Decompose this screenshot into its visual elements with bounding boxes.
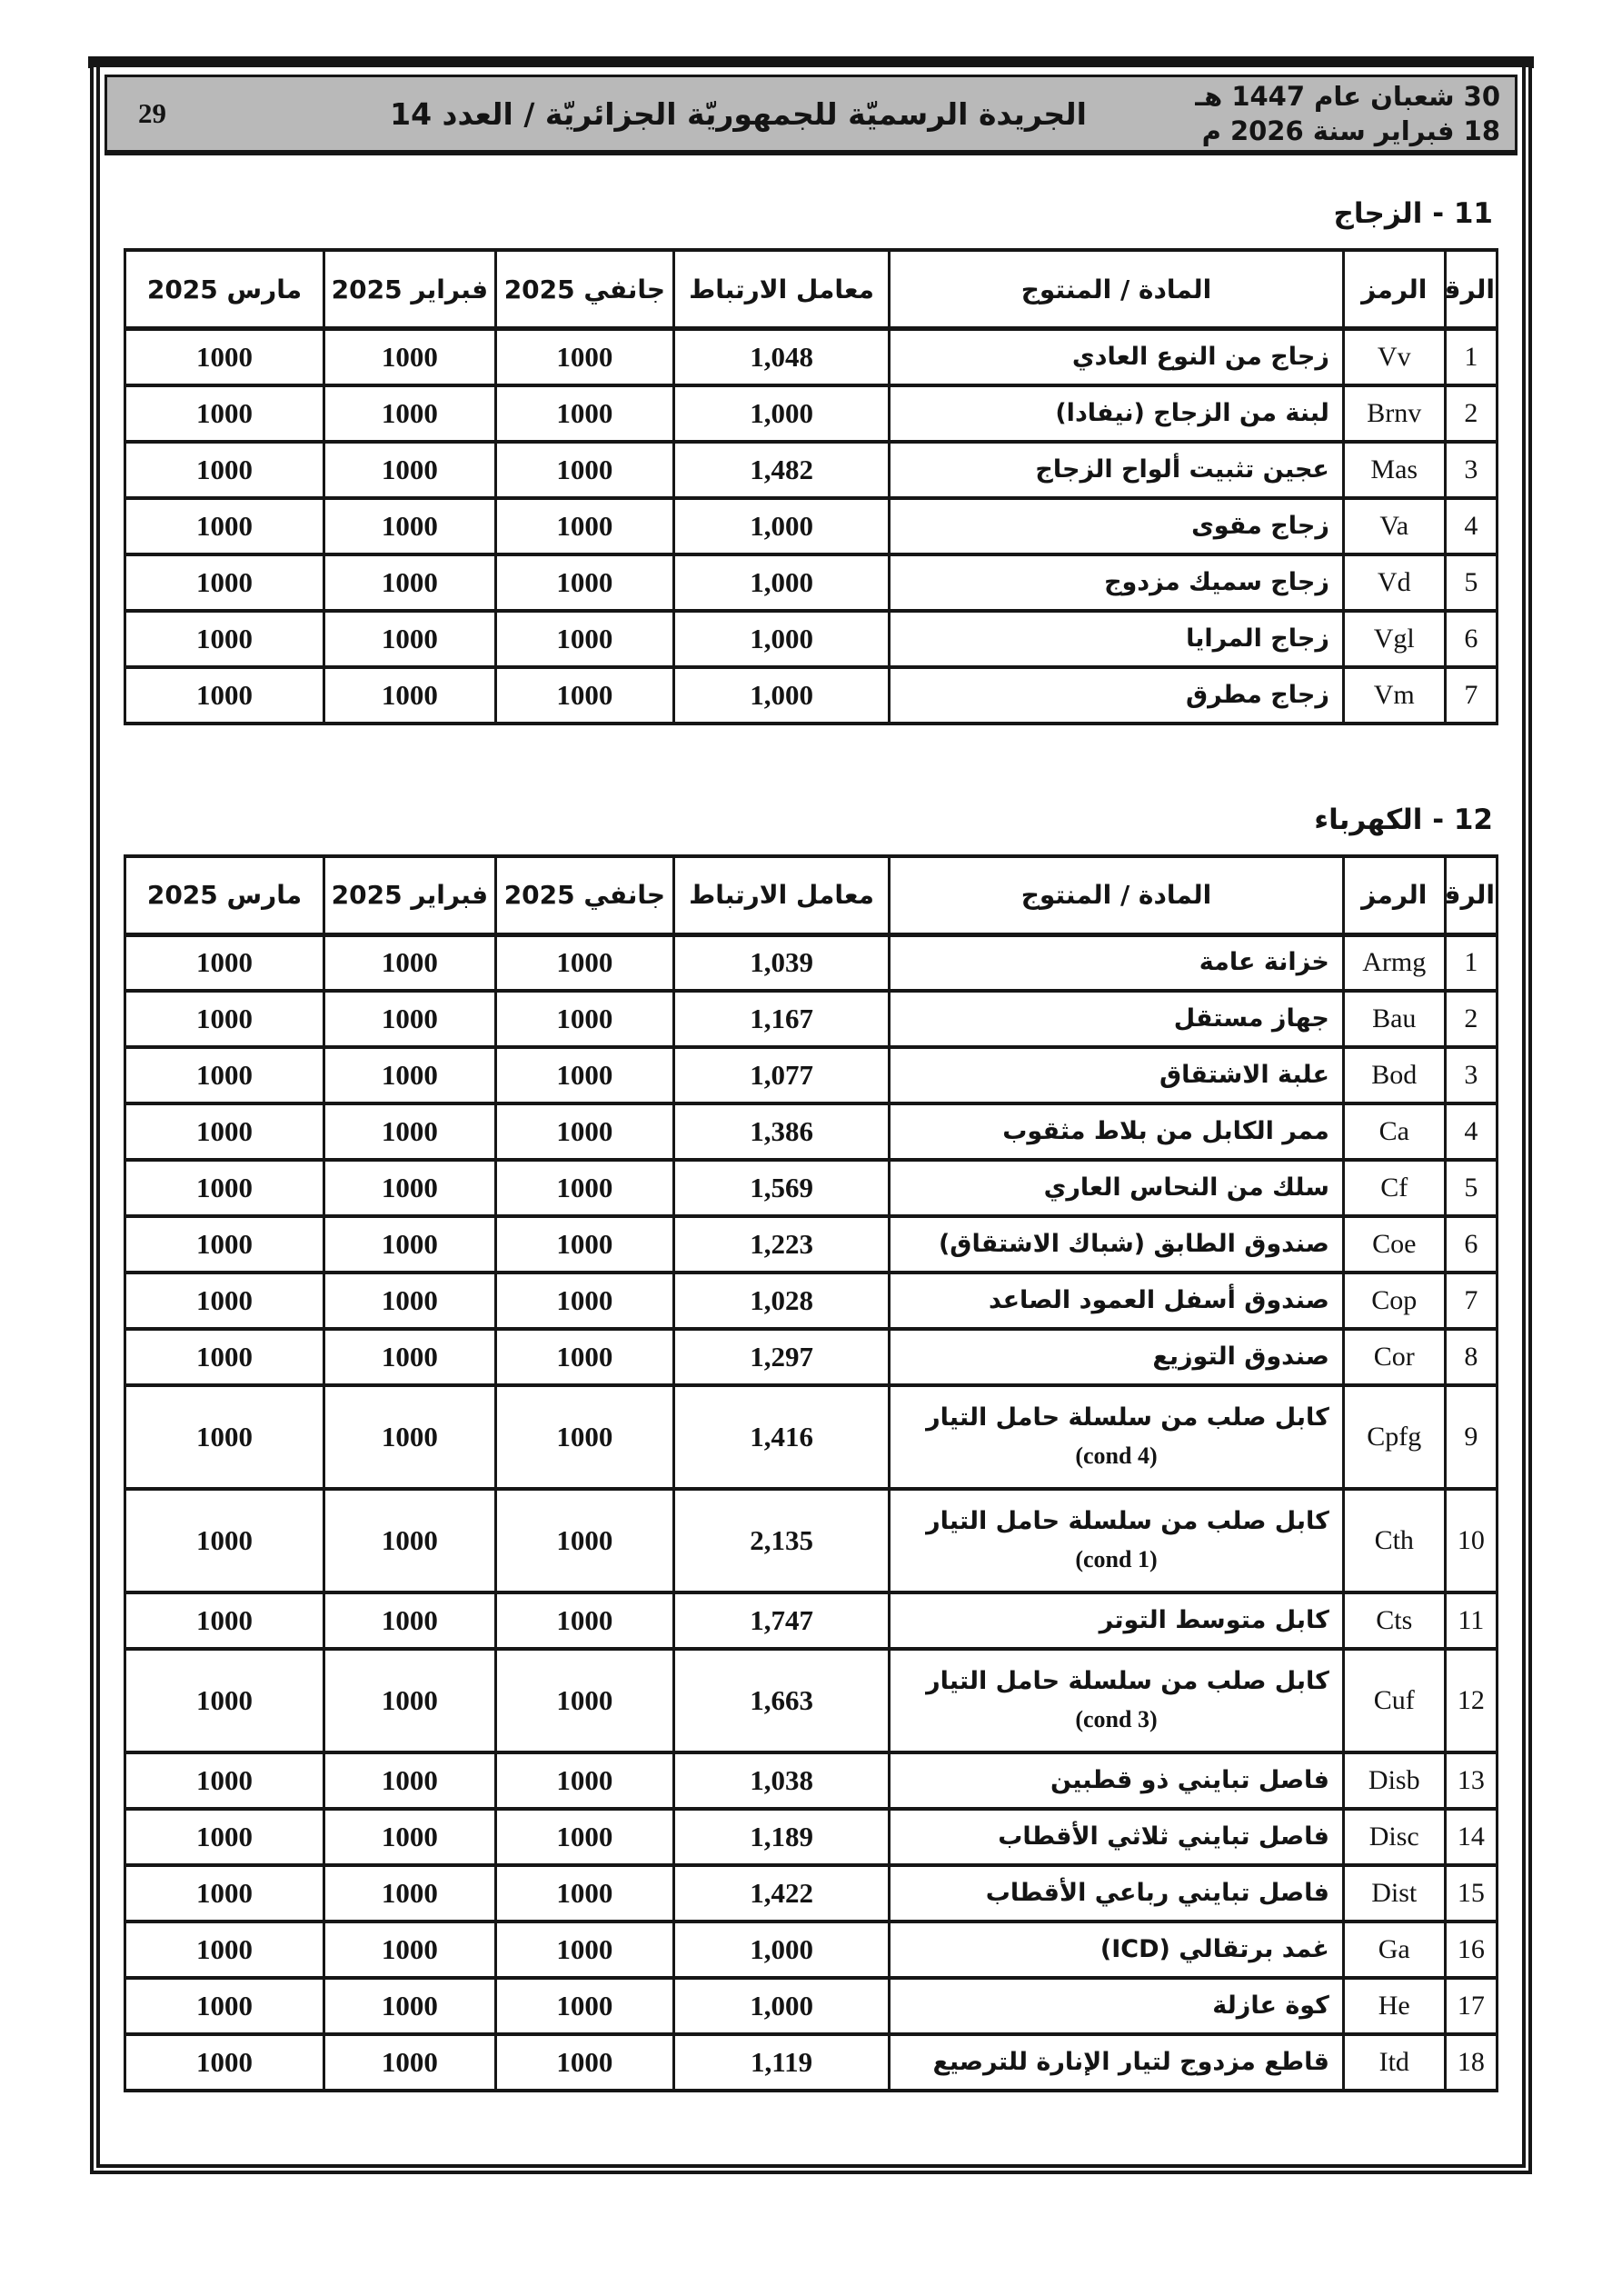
column-header-coefficient: معامل الارتباط (674, 856, 890, 935)
march-value-cell: 1000 (125, 554, 324, 611)
code-cell: Cts (1343, 1592, 1445, 1649)
hijri-date: 30 شعبان عام 1447 هـ (1166, 79, 1500, 114)
product-cell: صندوق الطابق (شباك الاشتقاق) (890, 1216, 1344, 1273)
code-cell: Dist (1343, 1865, 1445, 1922)
table-row: 16Gaغمد برتقالي (ICD)1,000100010001000 (125, 1922, 1498, 1978)
coefficient-cell: 1,048 (674, 329, 890, 385)
product-label: كابل متوسط التوتر (1100, 1606, 1329, 1634)
row-number-cell: 15 (1445, 1865, 1497, 1922)
product-label: علبة الاشتقاق (1159, 1061, 1329, 1089)
product-cell: غمد برتقالي (ICD) (890, 1922, 1344, 1978)
february-value-cell: 1000 (323, 1809, 495, 1865)
february-value-cell: 1000 (323, 1047, 495, 1103)
row-number-cell: 1 (1445, 329, 1497, 385)
row-number-cell: 13 (1445, 1752, 1497, 1809)
row-number-cell: 7 (1445, 1273, 1497, 1329)
column-header-number: الرقم (1445, 856, 1497, 935)
glass-table: الرقم الرمز المادة / المنتوج معامل الارت… (124, 248, 1498, 725)
product-label: كابل صلب من سلسلة حامل التيار (926, 1403, 1329, 1432)
code-cell: Vv (1343, 329, 1445, 385)
product-label: لبنة من الزجاج (نيفادا) (1055, 399, 1329, 427)
electricity-table-header: الرقم الرمز المادة / المنتوج معامل الارت… (125, 856, 1498, 935)
row-number-cell: 5 (1445, 554, 1497, 611)
march-value-cell: 1000 (125, 611, 324, 667)
code-cell: Ca (1343, 1103, 1445, 1160)
page-content: 11 - الزجاج الرقم الرمز المادة / المنتوج… (100, 197, 1522, 2092)
table-row: 5Cfسلك من النحاس العاري1,569100010001000 (125, 1160, 1498, 1216)
product-cell: كابل متوسط التوتر (890, 1592, 1344, 1649)
january-value-cell: 1000 (495, 498, 673, 554)
february-value-cell: 1000 (323, 1273, 495, 1329)
january-value-cell: 1000 (495, 442, 673, 498)
table-row: 5Vdزجاج سميك مزدوج1,000100010001000 (125, 554, 1498, 611)
march-value-cell: 1000 (125, 1385, 324, 1489)
march-value-cell: 1000 (125, 1922, 324, 1978)
january-value-cell: 1000 (495, 1160, 673, 1216)
product-cell: علبة الاشتقاق (890, 1047, 1344, 1103)
february-value-cell: 1000 (323, 1385, 495, 1489)
coefficient-cell: 1,039 (674, 934, 890, 991)
column-header-number: الرقم (1445, 250, 1497, 329)
coefficient-cell: 1,663 (674, 1649, 890, 1752)
product-cell: فاصل تبايني ثلاثي الأقطاب (890, 1809, 1344, 1865)
product-label: كابل صلب من سلسلة حامل التيار (926, 1667, 1329, 1695)
row-number-cell: 6 (1445, 1216, 1497, 1273)
march-value-cell: 1000 (125, 2034, 324, 2091)
product-note: (cond 3) (903, 1702, 1329, 1738)
glass-table-body: 1Vvزجاج من النوع العادي1,048100010001000… (125, 329, 1498, 724)
coefficient-cell: 1,028 (674, 1273, 890, 1329)
table-row: 2Brnvلبنة من الزجاج (نيفادا)1,0001000100… (125, 385, 1498, 442)
product-label: صندوق التوزيع (1152, 1343, 1329, 1371)
march-value-cell: 1000 (125, 667, 324, 724)
product-note: (cond 4) (903, 1438, 1329, 1474)
february-value-cell: 1000 (323, 1592, 495, 1649)
table-row: 18Itdقاطع مزدوج لتيار الإنارة للترصيع1,1… (125, 2034, 1498, 2091)
table-row: 1Vvزجاج من النوع العادي1,048100010001000 (125, 329, 1498, 385)
march-value-cell: 1000 (125, 1752, 324, 1809)
coefficient-cell: 1,386 (674, 1103, 890, 1160)
january-value-cell: 1000 (495, 1865, 673, 1922)
product-label: سلك من النحاس العاري (1044, 1173, 1329, 1202)
table-row: 10Cthكابل صلب من سلسلة حامل التيار(cond … (125, 1489, 1498, 1592)
coefficient-cell: 1,223 (674, 1216, 890, 1273)
february-value-cell: 1000 (323, 1103, 495, 1160)
row-number-cell: 2 (1445, 991, 1497, 1047)
february-value-cell: 1000 (323, 329, 495, 385)
row-number-cell: 5 (1445, 1160, 1497, 1216)
table-row: 15Distفاصل تبايني رباعي الأقطاب1,4221000… (125, 1865, 1498, 1922)
march-value-cell: 1000 (125, 329, 324, 385)
table-row: 3Masعجين تثبيت ألواح الزجاج1,48210001000… (125, 442, 1498, 498)
january-value-cell: 1000 (495, 1809, 673, 1865)
product-label: زجاج سميك مزدوج (1104, 568, 1329, 596)
january-value-cell: 1000 (495, 1978, 673, 2034)
coefficient-cell: 1,416 (674, 1385, 890, 1489)
march-value-cell: 1000 (125, 1592, 324, 1649)
coefficient-cell: 1,569 (674, 1160, 890, 1216)
table-row: 9Cpfgكابل صلب من سلسلة حامل التيار(cond … (125, 1385, 1498, 1489)
code-cell: Bau (1343, 991, 1445, 1047)
column-header-product: المادة / المنتوج (890, 856, 1344, 935)
row-number-cell: 10 (1445, 1489, 1497, 1592)
product-label: قاطع مزدوج لتيار الإنارة للترصيع (932, 2048, 1328, 2076)
row-number-cell: 8 (1445, 1329, 1497, 1385)
code-cell: He (1343, 1978, 1445, 2034)
table-row: 11Ctsكابل متوسط التوتر1,747100010001000 (125, 1592, 1498, 1649)
code-cell: Mas (1343, 442, 1445, 498)
table-row: 13Disbفاصل تبايني ذو قطبين1,038100010001… (125, 1752, 1498, 1809)
product-cell: لبنة من الزجاج (نيفادا) (890, 385, 1344, 442)
product-cell: كابل صلب من سلسلة حامل التيار(cond 4) (890, 1385, 1344, 1489)
product-cell: كوة عازلة (890, 1978, 1344, 2034)
march-value-cell: 1000 (125, 385, 324, 442)
code-cell: Cth (1343, 1489, 1445, 1592)
product-label: زجاج مطرق (1186, 681, 1329, 709)
coefficient-cell: 1,000 (674, 385, 890, 442)
row-number-cell: 2 (1445, 385, 1497, 442)
code-cell: Cop (1343, 1273, 1445, 1329)
row-number-cell: 14 (1445, 1809, 1497, 1865)
table-row: 4Vaزجاج مقوى1,000100010001000 (125, 498, 1498, 554)
march-value-cell: 1000 (125, 498, 324, 554)
product-cell: صندوق التوزيع (890, 1329, 1344, 1385)
february-value-cell: 1000 (323, 1922, 495, 1978)
january-value-cell: 1000 (495, 991, 673, 1047)
code-cell: Cor (1343, 1329, 1445, 1385)
product-cell: خزانة عامة (890, 934, 1344, 991)
february-value-cell: 1000 (323, 667, 495, 724)
coefficient-cell: 1,000 (674, 667, 890, 724)
column-header-january: جانفي 2025 (495, 856, 673, 935)
product-label: فاصل تبايني ثلاثي الأقطاب (998, 1822, 1329, 1851)
february-value-cell: 1000 (323, 1216, 495, 1273)
column-header-february: فبراير 2025 (323, 250, 495, 329)
january-value-cell: 1000 (495, 934, 673, 991)
product-cell: فاصل تبايني ذو قطبين (890, 1752, 1344, 1809)
product-cell: جهاز مستقل (890, 991, 1344, 1047)
february-value-cell: 1000 (323, 442, 495, 498)
row-number-cell: 11 (1445, 1592, 1497, 1649)
january-value-cell: 1000 (495, 1103, 673, 1160)
row-number-cell: 3 (1445, 442, 1497, 498)
february-value-cell: 1000 (323, 934, 495, 991)
coefficient-cell: 1,482 (674, 442, 890, 498)
january-value-cell: 1000 (495, 611, 673, 667)
march-value-cell: 1000 (125, 934, 324, 991)
product-note: (cond 1) (903, 1542, 1329, 1578)
table-row: 8Corصندوق التوزيع1,297100010001000 (125, 1329, 1498, 1385)
table-row: 6Vglزجاج المرايا1,000100010001000 (125, 611, 1498, 667)
code-cell: Armg (1343, 934, 1445, 991)
january-value-cell: 1000 (495, 554, 673, 611)
march-value-cell: 1000 (125, 1103, 324, 1160)
coefficient-cell: 1,167 (674, 991, 890, 1047)
product-cell: كابل صلب من سلسلة حامل التيار(cond 3) (890, 1649, 1344, 1752)
code-cell: Ga (1343, 1922, 1445, 1978)
product-label: زجاج المرايا (1186, 624, 1329, 653)
code-cell: Brnv (1343, 385, 1445, 442)
coefficient-cell: 1,077 (674, 1047, 890, 1103)
february-value-cell: 1000 (323, 554, 495, 611)
january-value-cell: 1000 (495, 1385, 673, 1489)
january-value-cell: 1000 (495, 1329, 673, 1385)
product-label: عجين تثبيت ألواح الزجاج (1035, 455, 1329, 484)
page-number: 29 (107, 97, 325, 130)
march-value-cell: 1000 (125, 1489, 324, 1592)
february-value-cell: 1000 (323, 611, 495, 667)
february-value-cell: 1000 (323, 1489, 495, 1592)
january-value-cell: 1000 (495, 1592, 673, 1649)
code-cell: Cuf (1343, 1649, 1445, 1752)
january-value-cell: 1000 (495, 1752, 673, 1809)
code-cell: Cf (1343, 1160, 1445, 1216)
product-label: كوة عازلة (1212, 1992, 1329, 2020)
january-value-cell: 1000 (495, 329, 673, 385)
row-number-cell: 3 (1445, 1047, 1497, 1103)
product-cell: زجاج مطرق (890, 667, 1344, 724)
january-value-cell: 1000 (495, 1649, 673, 1752)
january-value-cell: 1000 (495, 1047, 673, 1103)
february-value-cell: 1000 (323, 1160, 495, 1216)
february-value-cell: 1000 (323, 1649, 495, 1752)
column-header-coefficient: معامل الارتباط (674, 250, 890, 329)
product-label: ممر الكابل من بلاط مثقوب (1002, 1117, 1329, 1145)
row-number-cell: 17 (1445, 1978, 1497, 2034)
coefficient-cell: 1,000 (674, 498, 890, 554)
product-label: غمد برتقالي (ICD) (1100, 1935, 1329, 1963)
january-value-cell: 1000 (495, 385, 673, 442)
row-number-cell: 18 (1445, 2034, 1497, 2091)
march-value-cell: 1000 (125, 991, 324, 1047)
table-row: 17Heكوة عازلة1,000100010001000 (125, 1978, 1498, 2034)
coefficient-cell: 1,038 (674, 1752, 890, 1809)
march-value-cell: 1000 (125, 1649, 324, 1752)
gregorian-date: 18 فبراير سنة 2026 م (1166, 114, 1500, 148)
row-number-cell: 1 (1445, 934, 1497, 991)
table-row: 7Copصندوق أسفل العمود الصاعد1,0281000100… (125, 1273, 1498, 1329)
product-cell: كابل صلب من سلسلة حامل التيار(cond 1) (890, 1489, 1344, 1592)
february-value-cell: 1000 (323, 1329, 495, 1385)
journal-header-band: 29 الجريدة الرسميّة للجمهوريّة الجزائريّ… (104, 75, 1518, 155)
march-value-cell: 1000 (125, 1865, 324, 1922)
column-header-february: فبراير 2025 (323, 856, 495, 935)
coefficient-cell: 1,422 (674, 1865, 890, 1922)
column-header-code: الرمز (1343, 856, 1445, 935)
january-value-cell: 1000 (495, 667, 673, 724)
code-cell: Va (1343, 498, 1445, 554)
row-number-cell: 7 (1445, 667, 1497, 724)
code-cell: Disc (1343, 1809, 1445, 1865)
code-cell: Cpfg (1343, 1385, 1445, 1489)
coefficient-cell: 1,747 (674, 1592, 890, 1649)
february-value-cell: 1000 (323, 2034, 495, 2091)
march-value-cell: 1000 (125, 1216, 324, 1273)
product-label: فاصل تبايني رباعي الأقطاب (986, 1879, 1329, 1907)
coefficient-cell: 1,297 (674, 1329, 890, 1385)
table-row: 14Discفاصل تبايني ثلاثي الأقطاب1,1891000… (125, 1809, 1498, 1865)
product-cell: زجاج المرايا (890, 611, 1344, 667)
product-cell: عجين تثبيت ألواح الزجاج (890, 442, 1344, 498)
product-cell: زجاج من النوع العادي (890, 329, 1344, 385)
february-value-cell: 1000 (323, 385, 495, 442)
row-number-cell: 4 (1445, 1103, 1497, 1160)
code-cell: Disb (1343, 1752, 1445, 1809)
row-number-cell: 16 (1445, 1922, 1497, 1978)
february-value-cell: 1000 (323, 1865, 495, 1922)
product-cell: قاطع مزدوج لتيار الإنارة للترصيع (890, 2034, 1344, 2091)
january-value-cell: 1000 (495, 1273, 673, 1329)
march-value-cell: 1000 (125, 1809, 324, 1865)
march-value-cell: 1000 (125, 1978, 324, 2034)
february-value-cell: 1000 (323, 1752, 495, 1809)
row-number-cell: 4 (1445, 498, 1497, 554)
table-row: 1Armgخزانة عامة1,039100010001000 (125, 934, 1498, 991)
glass-table-header: الرقم الرمز المادة / المنتوج معامل الارت… (125, 250, 1498, 329)
section-title-electricity: 12 - الكهرباء (124, 804, 1493, 836)
column-header-january: جانفي 2025 (495, 250, 673, 329)
table-row: 2Bauجهاز مستقل1,167100010001000 (125, 991, 1498, 1047)
table-row: 3Bodعلبة الاشتقاق1,077100010001000 (125, 1047, 1498, 1103)
january-value-cell: 1000 (495, 1216, 673, 1273)
table-row: 6Coeصندوق الطابق (شباك الاشتقاق)1,223100… (125, 1216, 1498, 1273)
march-value-cell: 1000 (125, 1273, 324, 1329)
product-cell: صندوق أسفل العمود الصاعد (890, 1273, 1344, 1329)
electricity-table-body: 1Armgخزانة عامة1,0391000100010002Bauجهاز… (125, 934, 1498, 2091)
column-header-code: الرمز (1343, 250, 1445, 329)
issue-dates: 30 شعبان عام 1447 هـ 18 فبراير سنة 2026 … (1151, 79, 1515, 148)
product-label: خزانة عامة (1199, 948, 1329, 976)
page-frame: 29 الجريدة الرسميّة للجمهوريّة الجزائريّ… (90, 67, 1532, 2174)
code-cell: Vd (1343, 554, 1445, 611)
coefficient-cell: 1,000 (674, 1922, 890, 1978)
table-row: 7Vmزجاج مطرق1,000100010001000 (125, 667, 1498, 724)
coefficient-cell: 1,189 (674, 1809, 890, 1865)
february-value-cell: 1000 (323, 498, 495, 554)
product-label: صندوق أسفل العمود الصاعد (989, 1286, 1329, 1314)
march-value-cell: 1000 (125, 1047, 324, 1103)
february-value-cell: 1000 (323, 1978, 495, 2034)
section-title-glass: 11 - الزجاج (124, 197, 1493, 230)
table-row: 12Cufكابل صلب من سلسلة حامل التيار(cond … (125, 1649, 1498, 1752)
march-value-cell: 1000 (125, 1160, 324, 1216)
column-header-march: مارس 2025 (125, 250, 324, 329)
march-value-cell: 1000 (125, 1329, 324, 1385)
product-label: جهاز مستقل (1174, 1004, 1329, 1033)
journal-title: الجريدة الرسميّة للجمهوريّة الجزائريّة /… (325, 96, 1151, 132)
coefficient-cell: 1,000 (674, 1978, 890, 2034)
row-number-cell: 12 (1445, 1649, 1497, 1752)
code-cell: Vm (1343, 667, 1445, 724)
january-value-cell: 1000 (495, 1489, 673, 1592)
code-cell: Bod (1343, 1047, 1445, 1103)
product-label: كابل صلب من سلسلة حامل التيار (926, 1507, 1329, 1535)
electricity-table: الرقم الرمز المادة / المنتوج معامل الارت… (124, 854, 1498, 2093)
product-label: زجاج من النوع العادي (1072, 343, 1329, 371)
code-cell: Itd (1343, 2034, 1445, 2091)
row-number-cell: 9 (1445, 1385, 1497, 1489)
product-cell: ممر الكابل من بلاط مثقوب (890, 1103, 1344, 1160)
column-header-march: مارس 2025 (125, 856, 324, 935)
coefficient-cell: 1,000 (674, 554, 890, 611)
product-label: زجاج مقوى (1191, 512, 1329, 540)
coefficient-cell: 1,119 (674, 2034, 890, 2091)
product-label: فاصل تبايني ذو قطبين (1050, 1766, 1329, 1794)
product-cell: سلك من النحاس العاري (890, 1160, 1344, 1216)
code-cell: Vgl (1343, 611, 1445, 667)
product-cell: زجاج مقوى (890, 498, 1344, 554)
coefficient-cell: 2,135 (674, 1489, 890, 1592)
february-value-cell: 1000 (323, 991, 495, 1047)
row-number-cell: 6 (1445, 611, 1497, 667)
coefficient-cell: 1,000 (674, 611, 890, 667)
january-value-cell: 1000 (495, 2034, 673, 2091)
product-cell: فاصل تبايني رباعي الأقطاب (890, 1865, 1344, 1922)
table-row: 4Caممر الكابل من بلاط مثقوب1,38610001000… (125, 1103, 1498, 1160)
column-header-product: المادة / المنتوج (890, 250, 1344, 329)
code-cell: Coe (1343, 1216, 1445, 1273)
product-label: صندوق الطابق (شباك الاشتقاق) (939, 1230, 1329, 1258)
january-value-cell: 1000 (495, 1922, 673, 1978)
march-value-cell: 1000 (125, 442, 324, 498)
product-cell: زجاج سميك مزدوج (890, 554, 1344, 611)
